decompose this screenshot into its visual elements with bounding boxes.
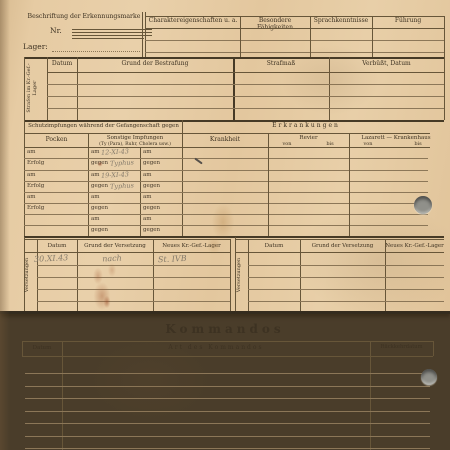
- vacc-row-label: am: [143, 150, 152, 156]
- transfers-left-header-date: Datum: [37, 243, 77, 249]
- rule: [24, 214, 428, 215]
- vacc-row-handwriting: 19-XI-43: [101, 171, 129, 179]
- traits-header-conduct: Führung: [373, 18, 443, 25]
- vacc-row-label: gegen: [143, 184, 160, 190]
- rule: [47, 96, 444, 97]
- rule: [142, 12, 143, 57]
- punishments-header-served: Verbüßt, Datum: [329, 61, 444, 68]
- kommandos-title: Kommandos: [100, 323, 350, 337]
- vaccinations-header-smallpox: Pocken: [25, 137, 88, 144]
- rule: [25, 411, 430, 412]
- vacc-row-label: am: [143, 173, 152, 179]
- transfers-right-header-newcamp: Neues Kr.-Gef.-Lager: [385, 243, 444, 249]
- transfers-right-side-label: Versetzungen: [236, 240, 248, 310]
- rule: [25, 398, 430, 399]
- rule: [24, 225, 428, 226]
- rule: [24, 120, 444, 122]
- rule: [24, 239, 230, 240]
- vaccinations-header-other: Sonstige Impfungen: [88, 135, 182, 141]
- transfers-left-header-newcamp: Neues Kr.-Gef.-Lager: [153, 243, 230, 249]
- transfers-left-side-label: Versetzungen: [24, 240, 36, 310]
- vacc-row-label: gegen: [91, 184, 108, 190]
- transfers-right-header-reason: Grund der Versetzung: [300, 243, 385, 249]
- rule: [248, 265, 444, 266]
- rule: [25, 448, 430, 449]
- rule: [37, 277, 230, 278]
- vacc-row-label: am: [91, 173, 100, 179]
- rule: [72, 32, 152, 33]
- rule: [25, 373, 430, 374]
- illnesses-title: Erkrankungen: [182, 123, 430, 130]
- rule: [24, 120, 25, 237]
- rule: [72, 35, 152, 36]
- rule: [37, 289, 230, 290]
- kommandos-header-date: Datum: [22, 345, 62, 351]
- rule: [24, 170, 428, 171]
- vaccinations-header-other-sub: (Ty (Para), Ruhr, Cholera usw.): [88, 142, 182, 147]
- rule: [235, 252, 444, 253]
- vacc-row-handwriting: Typhus: [110, 159, 134, 167]
- rule: [25, 436, 430, 437]
- vacc-row-label: am: [143, 217, 152, 223]
- vacc-row-label: am: [91, 150, 100, 156]
- transfers-left-header-reason: Grund der Versetzung: [77, 243, 153, 249]
- vacc-row-label: gegen: [91, 228, 108, 234]
- rule: [22, 341, 23, 356]
- rule: [72, 29, 152, 30]
- illnesses-header-hospital: Lazarett — Krankenhaus: [349, 135, 443, 141]
- lager-fill-line: [52, 50, 140, 52]
- rule: [88, 133, 89, 237]
- vacc-row-label: am: [91, 195, 100, 201]
- vacc-row-handwriting: 12-XI-43: [101, 148, 129, 156]
- rule: [349, 133, 350, 236]
- vacc-row-label: Erfolg: [27, 184, 44, 190]
- rule: [24, 236, 444, 238]
- rule: [24, 192, 428, 193]
- rule: [248, 301, 444, 302]
- punishments-header-reason: Grund der Bestrafung: [77, 61, 233, 68]
- illnesses-sickbay-to: bis: [320, 142, 340, 148]
- record-card-front: [0, 0, 450, 314]
- scanned-pow-record-form: Beschriftung der Erkennungsmarke Nr. Lag…: [0, 0, 450, 450]
- id-block-title: Beschriftung der Erkennungsmarke: [25, 13, 143, 20]
- vacc-row-label: gegen: [143, 206, 160, 212]
- rule: [62, 341, 63, 450]
- punch-hole: [421, 369, 437, 385]
- rule: [47, 84, 444, 85]
- vacc-row-label: Erfolg: [27, 206, 44, 212]
- vacc-row-label: am: [91, 217, 100, 223]
- rule: [25, 386, 430, 387]
- rule: [47, 108, 444, 109]
- nr-label: Nr.: [50, 27, 66, 36]
- rule: [145, 12, 146, 57]
- rule: [37, 265, 230, 266]
- rule: [22, 341, 433, 342]
- vacc-row-label: gegen: [91, 161, 108, 167]
- rule: [235, 239, 444, 240]
- vacc-row-label: am: [143, 195, 152, 201]
- vacc-row-label: Erfolg: [27, 161, 44, 167]
- rule: [145, 28, 444, 29]
- rule: [37, 301, 230, 302]
- transfers-right-header-date: Datum: [248, 243, 300, 249]
- punishments-header-date: Datum: [47, 61, 77, 68]
- rule: [24, 203, 428, 204]
- rule: [24, 57, 25, 120]
- rule: [145, 52, 444, 53]
- rule: [24, 158, 428, 159]
- illnesses-sickbay-from: von: [277, 142, 297, 148]
- rule: [248, 289, 444, 290]
- illnesses-hospital-from: von: [358, 142, 378, 148]
- rule: [444, 57, 445, 120]
- rule: [268, 133, 269, 236]
- rule: [24, 133, 182, 134]
- kommandos-header-return: Rückkehrdatum: [370, 345, 433, 351]
- illnesses-hospital-to: bis: [408, 142, 428, 148]
- lager-label: Lager:: [23, 43, 51, 52]
- rule: [372, 16, 373, 57]
- rule: [230, 239, 231, 311]
- vaccinations-title: Schutzimpfungen während der Gefangenscha…: [25, 123, 182, 129]
- rule: [47, 72, 444, 73]
- rule: [25, 423, 430, 424]
- traits-header-abilities: Besondere Fähigkeiten: [241, 18, 309, 32]
- rule: [72, 38, 144, 39]
- illnesses-header-sickbay: Revier: [268, 135, 349, 141]
- illnesses-header-disease: Krankheit: [182, 137, 268, 144]
- rule: [240, 16, 241, 57]
- vacc-row-handwriting: Typhus: [110, 182, 134, 190]
- punch-hole: [414, 196, 432, 214]
- rule: [24, 181, 428, 182]
- rule: [444, 16, 445, 57]
- punishments-side-label: Strafen im Kr.-Gef.-Lager: [26, 58, 46, 118]
- traits-header-languages: Sprachkenntnisse: [311, 18, 371, 25]
- vacc-row-label: gegen: [143, 228, 160, 234]
- vacc-row-label: am: [27, 195, 36, 201]
- vacc-row-label: am: [27, 173, 36, 179]
- rule: [248, 277, 444, 278]
- punishments-header-sentence: Strafmaß: [233, 61, 329, 68]
- vacc-row-label: gegen: [91, 206, 108, 212]
- rule: [145, 40, 444, 41]
- rule: [433, 341, 434, 356]
- kommandos-header-type: Art des Kommandos: [62, 345, 370, 352]
- rule: [22, 356, 433, 357]
- rule: [310, 16, 311, 57]
- vacc-row-label: am: [27, 150, 36, 156]
- vacc-row-label: gegen: [143, 161, 160, 167]
- rule: [370, 341, 371, 450]
- traits-header-characteristics: Charaktereigenschaften u. a.: [147, 18, 239, 25]
